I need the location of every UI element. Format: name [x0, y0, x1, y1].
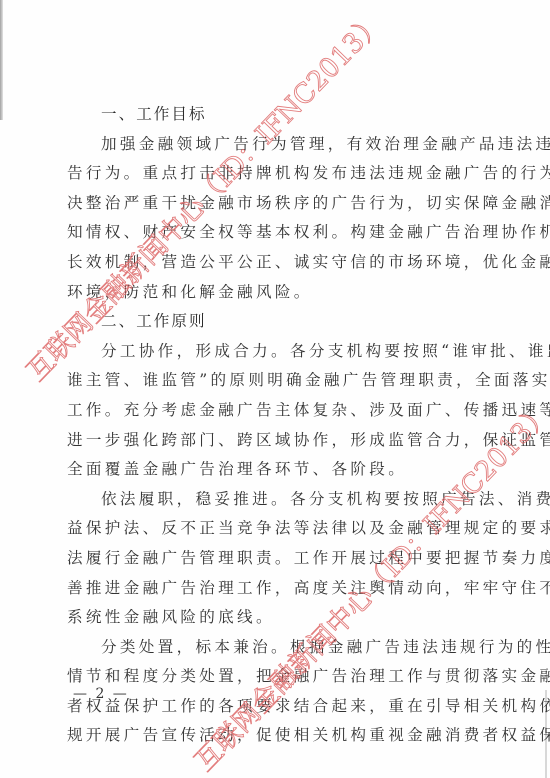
paragraph-line: 谁主管、谁监管”的原则明确金融广告管理职责，全面落实监管 — [67, 366, 481, 396]
section-heading-goals: 一、工作目标 — [67, 100, 481, 130]
paragraph-line: 全面覆盖金融广告治理各环节、各阶段。 — [67, 455, 481, 485]
paragraph-line: 益保护法、反不正当竞争法等法律以及金融管理规定的要求，依 — [67, 514, 481, 544]
document-page: 一、工作目标 加强金融领域广告行为管理，有效治理金融产品违法违规广 告行为。重点… — [0, 0, 550, 778]
paragraph-line: 长效机制，营造公平公正、诚实守信的市场环境，优化金融生态 — [67, 248, 481, 278]
paragraph-line: 分类处置，标本兼治。根据金融广告违法违规行为的性质、 — [67, 633, 481, 663]
paragraph-line: 工作。充分考虑金融广告主体复杂、涉及面广、传播迅速等特点， — [67, 396, 481, 426]
page-number: — 2 — — [73, 686, 129, 702]
paragraph-line: 知情权、财产安全权等基本权利。构建金融广告治理协作机制和 — [67, 218, 481, 248]
paragraph-line: 分工协作，形成合力。各分支机构要按照“谁审批、谁监管， — [67, 337, 481, 367]
paragraph-line: 环境，防范和化解金融风险。 — [67, 278, 481, 308]
paragraph-line: 者权益保护工作的各项要求结合起来，重在引导相关机构依法依 — [67, 692, 481, 722]
paragraph-line: 进一步强化跨部门、跨区域协作，形成监管合力，保证监管力量 — [67, 426, 481, 456]
paragraph-line: 法履行金融广告管理职责。工作开展过程中要把握节奏力度，妥 — [67, 544, 481, 574]
paragraph-line: 规开展广告宣传活动，促使相关机构重视金融消费者权益保护工 — [67, 721, 481, 751]
paragraph-line: 情节和程度分类处置，把金融广告治理工作与贯彻落实金融消费 — [67, 662, 481, 692]
paragraph-line: 系统性金融风险的底线。 — [67, 603, 481, 633]
document-body: 一、工作目标 加强金融领域广告行为管理，有效治理金融产品违法违规广 告行为。重点… — [67, 100, 481, 751]
scan-edge — [0, 0, 3, 120]
paragraph-line: 告行为。重点打击非持牌机构发布违法违规金融广告的行为，坚 — [67, 159, 481, 189]
paragraph-line: 依法履职，稳妥推进。各分支机构要按照广告法、消费者权 — [67, 485, 481, 515]
paragraph-line: 加强金融领域广告行为管理，有效治理金融产品违法违规广 — [67, 130, 481, 160]
section-heading-principles: 二、工作原则 — [67, 307, 481, 337]
paragraph-line: 决整治严重干扰金融市场秩序的广告行为，切实保障金融消费者 — [67, 189, 481, 219]
paragraph-line: 善推进金融广告治理工作，高度关注舆情动向，牢牢守住不发生 — [67, 574, 481, 604]
